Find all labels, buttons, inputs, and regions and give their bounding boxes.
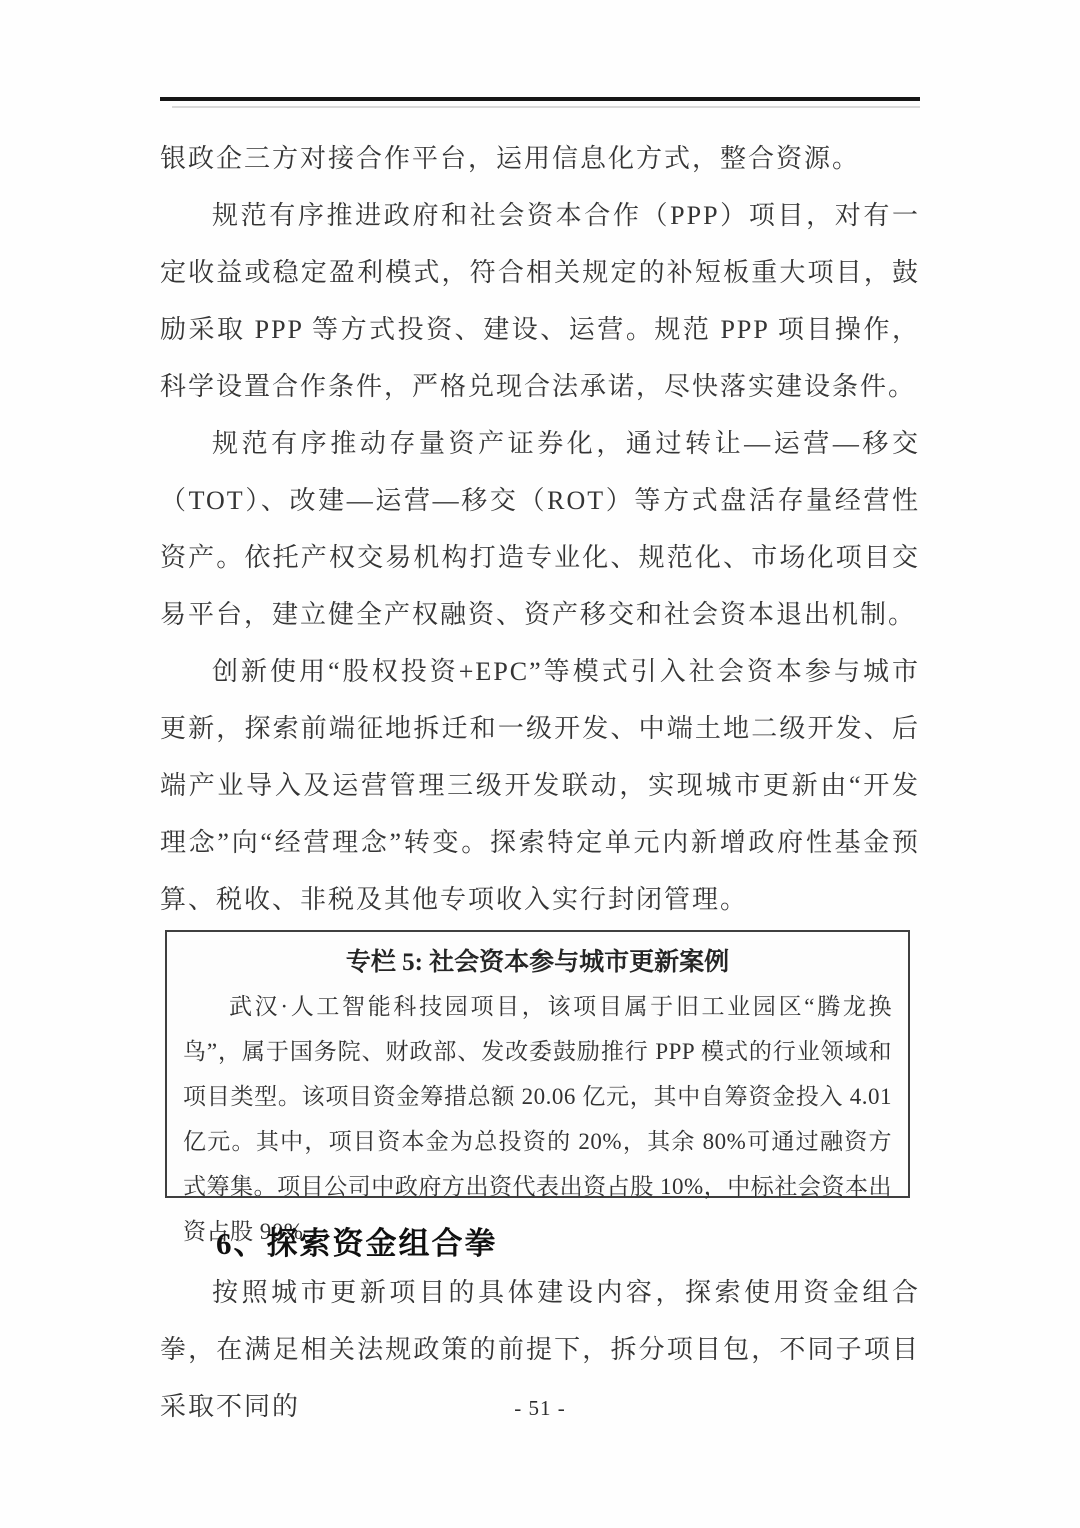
case-box-body: 武汉·人工智能科技园项目，该项目属于旧工业园区“腾龙换鸟”，属于国务院、财政部、…: [183, 984, 892, 1254]
paragraph-continuation: 银政企三方对接合作平台，运用信息化方式，整合资源。: [160, 130, 920, 187]
paragraph-asset-securitization: 规范有序推动存量资产证券化，通过转让—运营—移交（TOT）、改建—运营—移交（R…: [160, 415, 920, 643]
page-number: - 51 -: [0, 1396, 1080, 1421]
header-rule: [160, 97, 920, 101]
body-text-block: 银政企三方对接合作平台，运用信息化方式，整合资源。 规范有序推进政府和社会资本合…: [160, 130, 920, 928]
paragraph-equity-epc: 创新使用“股权投资+EPC”等模式引入社会资本参与城市更新，探索前端征地拆迁和一…: [160, 643, 920, 928]
paragraph-ppp-projects: 规范有序推进政府和社会资本合作（PPP）项目，对有一定收益或稳定盈利模式，符合相…: [160, 187, 920, 415]
section-heading: 6、探索资金组合拳: [160, 1218, 920, 1263]
document-page: 银政企三方对接合作平台，运用信息化方式，整合资源。 规范有序推进政府和社会资本合…: [0, 0, 1080, 1528]
case-box-title: 专栏 5: 社会资本参与城市更新案例: [183, 942, 892, 984]
case-study-box: 专栏 5: 社会资本参与城市更新案例 武汉·人工智能科技园项目，该项目属于旧工业…: [165, 930, 910, 1198]
header-rule-shadow: [172, 106, 920, 108]
